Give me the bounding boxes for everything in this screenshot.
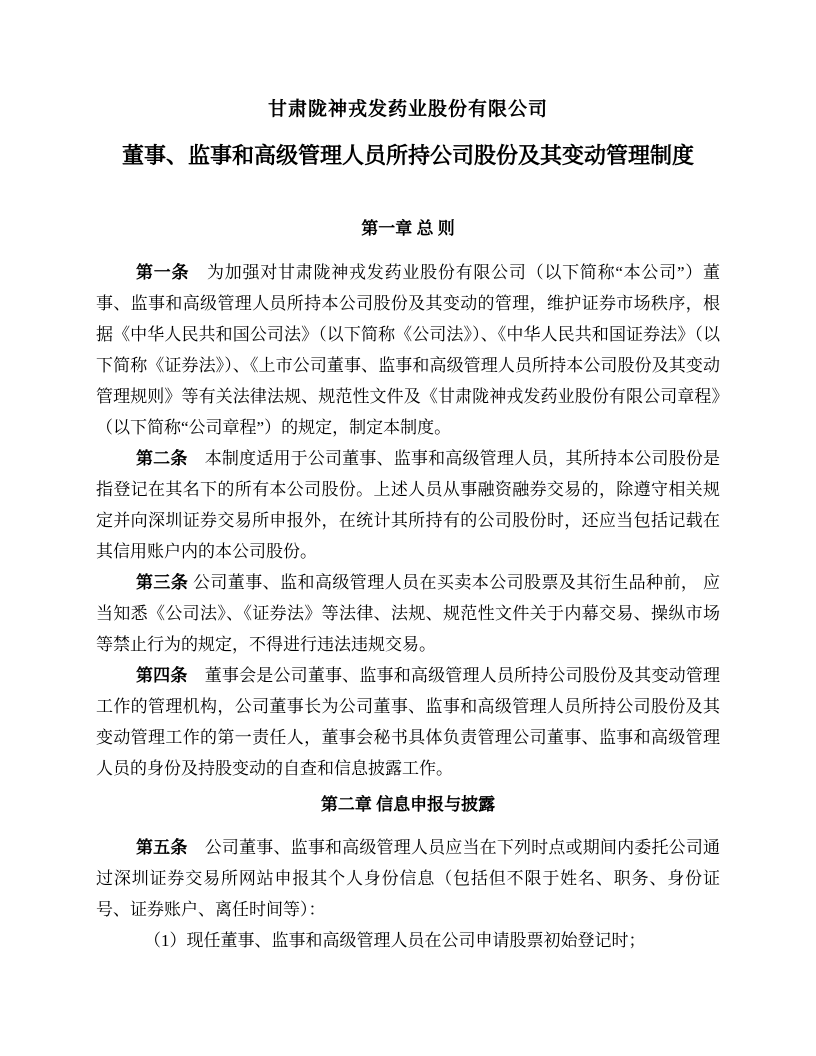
article-1-text: 为加强对甘肃陇神戎发药业股份有限公司（以下简称“本公司”）董事、监事和高级管理人… xyxy=(96,263,720,437)
article-2: 第二条 本制度适用于公司董事、监事和高级管理人员，其所持本公司股份是指登记在其名… xyxy=(96,443,720,567)
article-4-text: 董事会是公司董事、监事和高级管理人员所持公司股份及其变动管理工作的管理机构，公司… xyxy=(96,666,720,778)
article-5-number: 第五条 xyxy=(136,838,188,857)
company-name-title: 甘肃陇神戎发药业股份有限公司 xyxy=(96,97,720,123)
list-item-1: （1）现任董事、监事和高级管理人员在公司申请股票初始登记时； xyxy=(96,925,720,956)
article-5: 第五条 公司董事、监事和高级管理人员应当在下列时点或期间内委托公司通过深圳证券交… xyxy=(96,832,720,925)
article-3-number: 第三条 xyxy=(136,573,188,592)
chapter-2-heading: 第二章 信息申报与披露 xyxy=(96,793,720,817)
article-3-text: 公司董事、监和高级管理人员在买卖本公司股票及其衍生品种前， 应当知悉《公司法》、… xyxy=(96,573,720,654)
article-2-text: 本制度适用于公司董事、监事和高级管理人员，其所持本公司股份是指登记在其名下的所有… xyxy=(96,449,720,561)
chapter-1-heading: 第一章 总 则 xyxy=(96,217,720,241)
article-3: 第三条 公司董事、监和高级管理人员在买卖本公司股票及其衍生品种前， 应当知悉《公… xyxy=(96,567,720,660)
article-1-number: 第一条 xyxy=(136,263,189,282)
document-title: 董事、监事和高级管理人员所持公司股份及其变动管理制度 xyxy=(96,141,720,171)
article-2-number: 第二条 xyxy=(136,449,188,468)
document-page: 甘肃陇神戎发药业股份有限公司 董事、监事和高级管理人员所持公司股份及其变动管理制… xyxy=(0,0,816,1056)
article-4-number: 第四条 xyxy=(136,666,188,685)
article-1: 第一条 为加强对甘肃陇神戎发药业股份有限公司（以下简称“本公司”）董事、监事和高… xyxy=(96,257,720,443)
article-5-text: 公司董事、监事和高级管理人员应当在下列时点或期间内委托公司通过深圳证券交易所网站… xyxy=(96,838,720,919)
article-4: 第四条 董事会是公司董事、监事和高级管理人员所持公司股份及其变动管理工作的管理机… xyxy=(96,660,720,784)
